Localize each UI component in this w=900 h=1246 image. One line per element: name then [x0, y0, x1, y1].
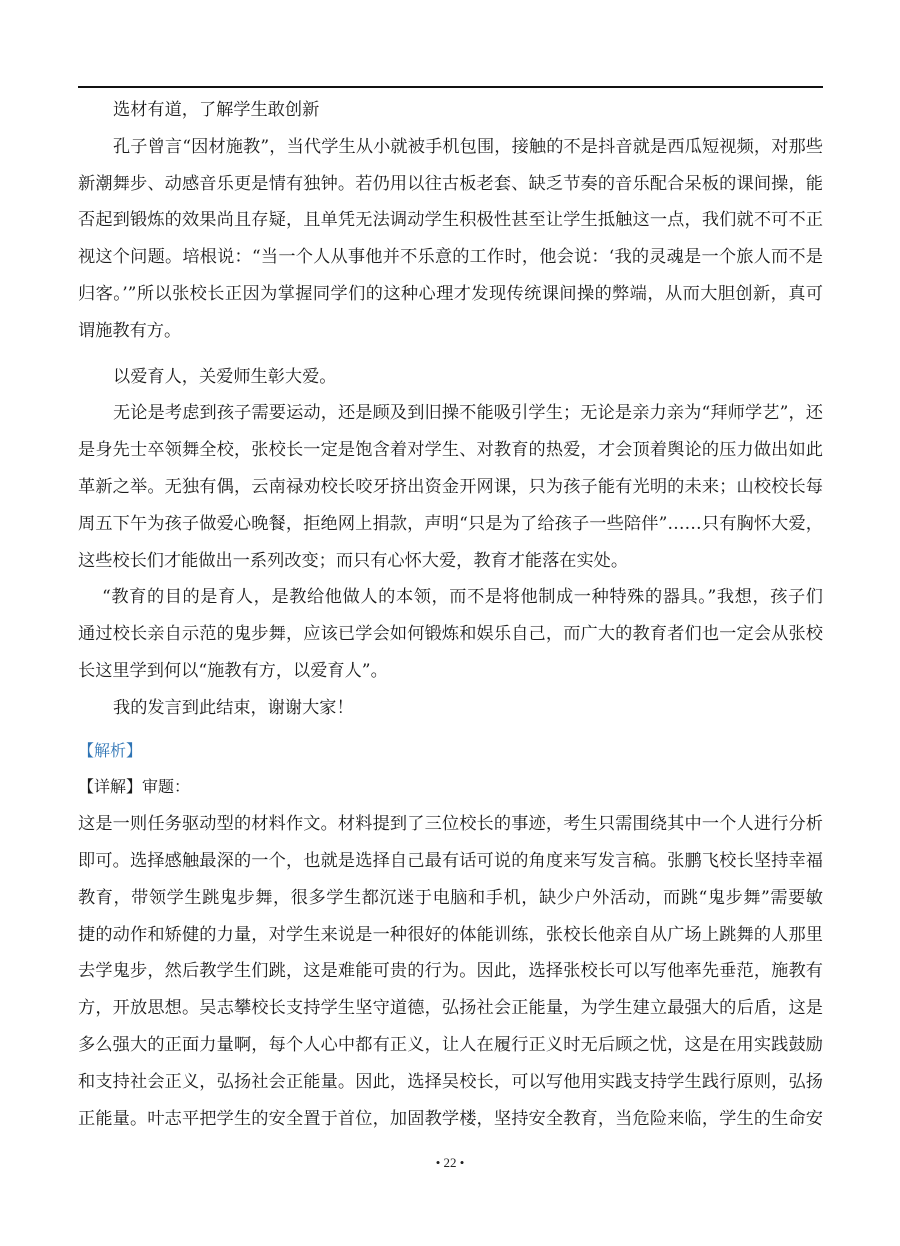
text-line: 多么强大的正面力量啊，每个人心中都有正义，让人在履行正义时无后顾之忧，这是在用实…: [78, 1027, 823, 1064]
text-line: “教育的目的是育人，是教给他做人的本领，而不是将他制成一种特殊的器具。”我想，孩…: [78, 579, 823, 616]
text-line: 周五下午为孩子做爱心晚餐，拒绝网上捐款，声明“只是为了给孩子一些陪伴”……只有胸…: [78, 506, 823, 543]
text-line: 视这个问题。培根说：“当一个人从事他并不乐意的工作时，他会说：‘我的灵魂是一个旅…: [78, 239, 823, 276]
paragraph-love: 无论是考虑到孩子需要运动，还是顾及到旧操不能吸引学生；无论是亲力亲为“拜师学艺”…: [78, 395, 823, 579]
text-line: 正能量。叶志平把学生的安全置于首位，加固教学楼，坚持安全教育，当危险来临，学生的…: [78, 1101, 823, 1138]
text-line: 孔子曾言“因材施教”，当代学生从小就被手机包围，接触的不是抖音就是西瓜短视频，对…: [78, 129, 823, 166]
text-line: 去学鬼步，然后教学生们跳，这是难能可贵的行为。因此，选择张校长可以写他率先垂范，…: [78, 953, 823, 990]
text-line: 这些校长们才能做出一系列改变；而只有心怀大爱，教育才能落在实处。: [78, 543, 823, 580]
detail-label: 【详解】审题：: [78, 769, 823, 806]
closing-line: 我的发言到此结束，谢谢大家！: [78, 690, 823, 727]
text-line: 新潮舞步、动感音乐更是情有独钟。若仍用以往古板老套、缺乏节奏的音乐配合呆板的课间…: [78, 166, 823, 203]
text-line: 谓施教有方。: [78, 313, 823, 350]
text-line: 教育，带领学生跳鬼步舞，很多学生都沉迷于电脑和手机，缺少户外活动，而跳“鬼步舞”…: [78, 880, 823, 917]
analysis-label: 【解析】: [78, 733, 823, 770]
header-rule: [78, 86, 823, 88]
text-line: 革新之举。无独有偶，云南禄劝校长咬牙挤出资金开网课，只为孩子能有光明的未来；山校…: [78, 469, 823, 506]
text-line: 否起到锻炼的效果尚且存疑，且单凭无法调动学生积极性甚至让学生抵触这一点，我们就不…: [78, 202, 823, 239]
text-line: 方，开放思想。吴志攀校长支持学生坚守道德，弘扬社会正能量，为学生建立最强大的后盾…: [78, 990, 823, 1027]
subheading-select-material: 选材有道，了解学生敢创新: [78, 92, 823, 129]
text-line: 归客。’”所以张校长正因为掌握同学们的这种心理才发现传统课间操的弊端，从而大胆创…: [78, 276, 823, 313]
subheading-love-education: 以爱育人，关爱师生彰大爱。: [78, 359, 823, 396]
paragraph-analysis: 这是一则任务驱动型的材料作文。材料提到了三位校长的事迹，考生只需围绕其中一个人进…: [78, 806, 823, 1137]
document-page: 选材有道，了解学生敢创新 孔子曾言“因材施教”，当代学生从小就被手机包围，接触的…: [78, 92, 823, 1137]
text-line: 无论是考虑到孩子需要运动，还是顾及到旧操不能吸引学生；无论是亲力亲为“拜师学艺”…: [78, 395, 823, 432]
paragraph-teaching-method: 孔子曾言“因材施教”，当代学生从小就被手机包围，接触的不是抖音就是西瓜短视频，对…: [78, 129, 823, 350]
text-line: 通过校长亲自示范的鬼步舞，应该已学会如何锻炼和娱乐自己，而广大的教育者们也一定会…: [78, 616, 823, 653]
text-line: 和支持社会正义，弘扬社会正能量。因此，选择吴校长，可以写他用实践支持学生践行原则…: [78, 1064, 823, 1101]
text-line: 捷的动作和矫健的力量，对学生来说是一种很好的体能训练，张校长他亲自从广场上跳舞的…: [78, 917, 823, 954]
page-number: • 22 •: [0, 1155, 900, 1171]
text-line: 是身先士卒领舞全校，张校长一定是饱含着对学生、对教育的热爱，才会顶着舆论的压力做…: [78, 432, 823, 469]
text-line: 长这里学到何以“施教有方，以爱育人”。: [78, 653, 823, 690]
text-line: 即可。选择感触最深的一个，也就是选择自己最有话可说的角度来写发言稿。张鹏飞校长坚…: [78, 843, 823, 880]
paragraph-purpose: “教育的目的是育人，是教给他做人的本领，而不是将他制成一种特殊的器具。”我想，孩…: [78, 579, 823, 689]
text-line: 这是一则任务驱动型的材料作文。材料提到了三位校长的事迹，考生只需围绕其中一个人进…: [78, 806, 823, 843]
